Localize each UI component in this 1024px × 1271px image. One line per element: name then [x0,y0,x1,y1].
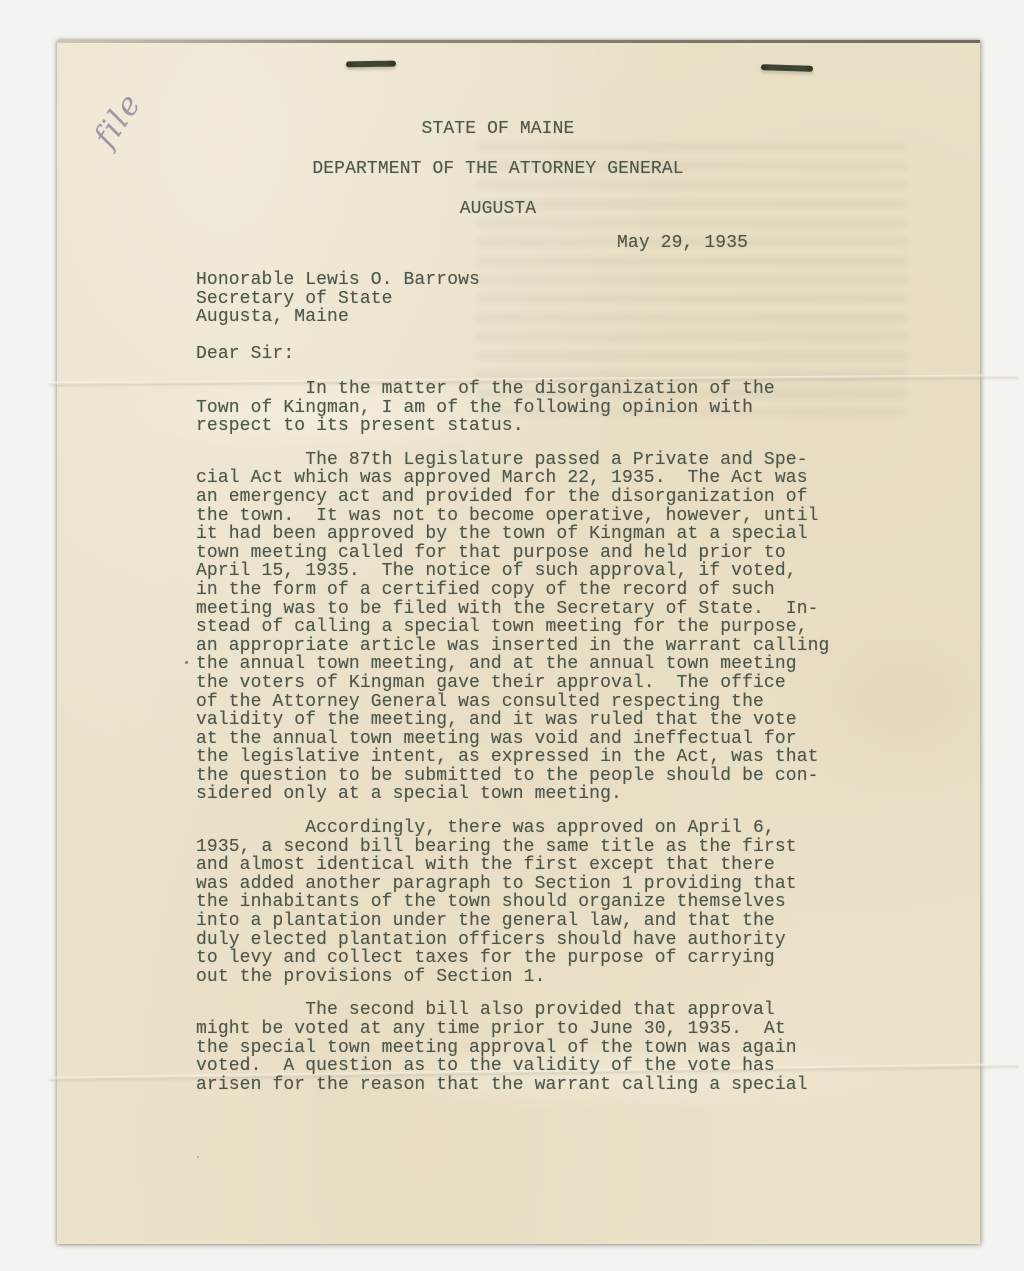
typed-line: at the annual town meeting was void and … [196,730,829,749]
body-paragraph: In the matter of the disorganization of … [196,380,829,436]
scan-speck [185,661,188,664]
typed-line: arisen for the reason that the warrant c… [196,1076,829,1095]
typed-line: an appropriate article was inserted in t… [196,637,829,656]
typed-line: it had been approved by the town of King… [196,525,829,544]
recipient-line: Augusta, Maine [196,308,480,327]
recipient-line: Honorable Lewis O. Barrows [196,271,480,290]
typed-line: In the matter of the disorganization of … [196,380,829,399]
typed-line: Accordingly, there was approved on April… [196,819,829,838]
typed-line: and almost identical with the first exce… [196,856,829,875]
body-paragraph: Accordingly, there was approved on April… [196,819,829,986]
letterhead: STATE OF MAINEDEPARTMENT OF THE ATTORNEY… [196,120,800,240]
letterhead-line: AUGUSTA [196,200,800,219]
typed-line: respect to its present status. [196,417,829,436]
staple-left [346,61,396,68]
typed-line: 1935, a second bill bearing the same tit… [196,838,829,857]
typed-line: the question to be submitted to the peop… [196,767,829,786]
letter-date: May 29, 1935 [617,234,748,253]
typed-line: April 15, 1935. The notice of such appro… [196,562,829,581]
staple-right [761,64,813,72]
typed-line: might be voted at any time prior to June… [196,1020,829,1039]
scan-speck [197,1156,199,1158]
typed-line: the legislative intent, as expressed in … [196,748,829,767]
typed-line: validity of the meeting, and it was rule… [196,711,829,730]
typed-line: in the form of a certified copy of the r… [196,581,829,600]
letterhead-line: DEPARTMENT OF THE ATTORNEY GENERAL [196,160,800,179]
recipient-address: Honorable Lewis O. BarrowsSecretary of S… [196,271,480,327]
typed-line: of the Attorney General was consulted re… [196,693,829,712]
typed-line: cial Act which was approved March 22, 19… [196,469,829,488]
typed-line: the inhabitants of the town should organ… [196,893,829,912]
handwritten-file-note: file [72,64,163,175]
recipient-line: Secretary of State [196,290,480,309]
typed-line: the special town meeting approval of the… [196,1039,829,1058]
typed-line: voted. A question as to the validity of … [196,1057,829,1076]
typed-line: meeting was to be filed with the Secreta… [196,600,829,619]
body-paragraph: The second bill also provided that appro… [196,1001,829,1094]
letter-page: file STATE OF MAINEDEPARTMENT OF THE ATT… [57,40,980,1244]
typed-line: The 87th Legislature passed a Private an… [196,451,829,470]
typed-line: the annual town meeting, and at the annu… [196,655,829,674]
typed-line: town meeting called for that purpose and… [196,544,829,563]
typed-line: out the provisions of Section 1. [196,968,829,987]
typed-line: The second bill also provided that appro… [196,1001,829,1020]
typed-line: was added another paragraph to Section 1… [196,875,829,894]
typed-line: Town of Kingman, I am of the following o… [196,399,829,418]
typed-line: the voters of Kingman gave their approva… [196,674,829,693]
body-paragraph: The 87th Legislature passed a Private an… [196,451,829,804]
typed-line: to levy and collect taxes for the purpos… [196,949,829,968]
typed-line: sidered only at a special town meeting. [196,785,829,804]
typed-line: into a plantation under the general law,… [196,912,829,931]
typed-line: the town. It was not to become operative… [196,507,829,526]
typed-line: stead of calling a special town meeting … [196,618,829,637]
typed-line: an emergency act and provided for the di… [196,488,829,507]
letter-body: In the matter of the disorganization of … [196,380,829,1109]
paper-top-edge [57,40,980,43]
letterhead-line: STATE OF MAINE [196,120,800,139]
salutation: Dear Sir: [196,345,294,364]
typed-line: duly elected plantation officers should … [196,931,829,950]
